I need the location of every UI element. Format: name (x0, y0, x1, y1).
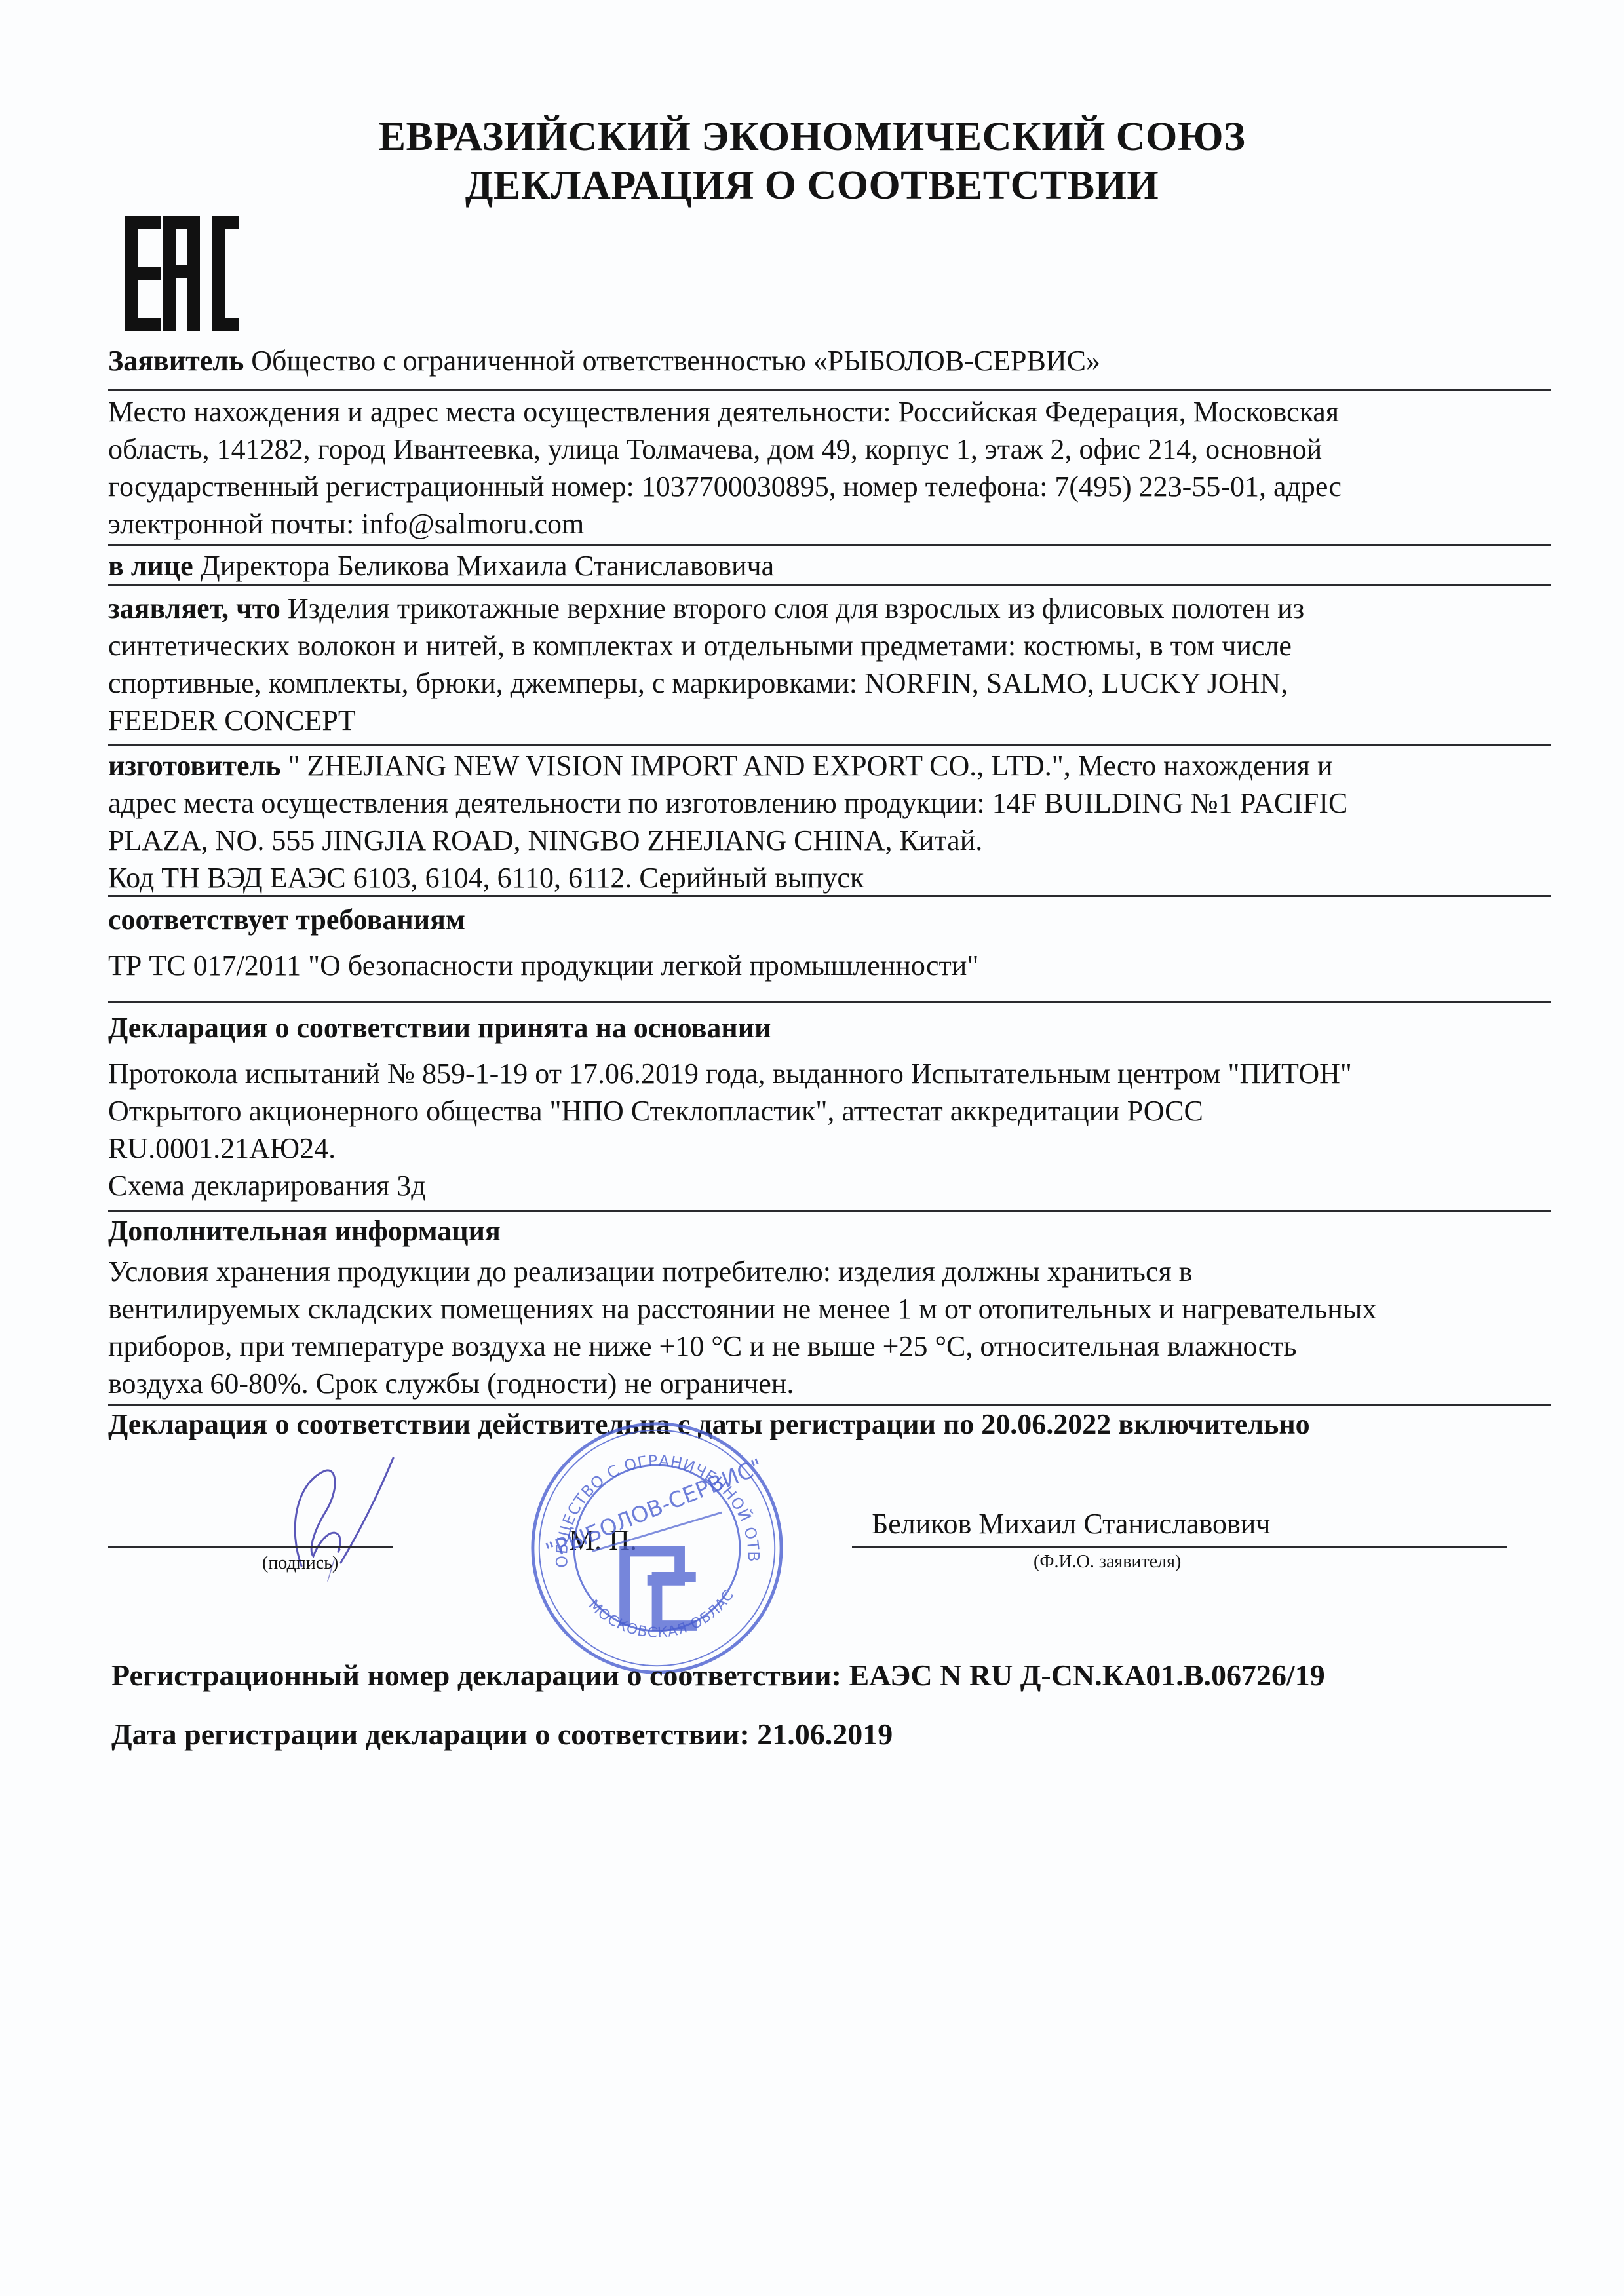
declares-label: заявляет, что (108, 592, 280, 624)
tnved-code-line: Код ТН ВЭД ЕАЭС 6103, 6104, 6110, 6112. … (108, 859, 1553, 896)
representative-value: Директора Беликова Михаила Станиславович… (201, 550, 775, 582)
divider (108, 744, 1551, 746)
header-union-title: ЕВРАЗИЙСКИЙ ЭКОНОМИЧЕСКИЙ СОЮЗ (0, 117, 1624, 157)
product-line: синтетических волокон и нитей, в комплек… (108, 627, 1553, 664)
manufacturer-line: адрес места осуществления деятельности п… (108, 784, 1553, 822)
basis-line: Открытого акционерного общества "НПО Сте… (108, 1092, 1553, 1130)
additional-info-label: Дополнительная информация (108, 1212, 1553, 1250)
manufacturer-label: изготовитель (108, 750, 280, 782)
divider (108, 895, 1551, 897)
address-line: Место нахождения и адрес места осуществл… (108, 393, 1553, 430)
validity-statement: Декларация о соответствии действительна … (108, 1406, 1553, 1443)
applicant-row: Заявитель Общество с ограниченной ответс… (108, 342, 1553, 379)
basis-block: Протокола испытаний № 859-1-19 от 17.06.… (108, 1055, 1553, 1204)
declaration-scheme: Схема декларирования 3д (108, 1167, 1553, 1204)
manufacturer-line: PLAZA, NO. 555 JINGJIA ROAD, NINGBO ZHEJ… (108, 822, 1553, 859)
product-line: спортивные, комплекты, брюки, джемперы, … (108, 664, 1553, 702)
company-seal-stamp: ОБЩЕСТВО С ОГРАНИЧЕННОЙ ОТВЕТСТВЕННОСТЬЮ… (528, 1419, 786, 1677)
eac-mark-icon (125, 216, 239, 331)
applicant-label: Заявитель (108, 345, 244, 377)
regulation-reference: ТР ТС 017/2011 "О безопасности продукции… (108, 947, 1553, 984)
additional-line: приборов, при температуре воздуха не ниж… (108, 1328, 1553, 1365)
address-line: государственный регистрационный номер: 1… (108, 468, 1553, 505)
divider (108, 544, 1551, 546)
basis-line: Протокола испытаний № 859-1-19 от 17.06.… (108, 1055, 1553, 1092)
applicant-full-name: Беликов Михаил Станиславович (872, 1507, 1270, 1540)
signature-line (108, 1546, 393, 1548)
additional-line: вентилируемых складских помещениях на ра… (108, 1290, 1553, 1328)
signature-caption: (подпись) (262, 1553, 338, 1574)
product-line: FEEDER CONCEPT (108, 702, 1553, 739)
basis-label: Декларация о соответствии принята на осн… (108, 1009, 1553, 1046)
additional-line: Условия хранения продукции до реализации… (108, 1253, 1553, 1290)
conforms-label: соответствует требованиям (108, 901, 1553, 938)
additional-info-block: Условия хранения продукции до реализации… (108, 1253, 1553, 1402)
registration-number: Регистрационный номер декларации о соотв… (111, 1658, 1325, 1693)
name-caption: (Ф.И.О. заявителя) (1034, 1552, 1181, 1573)
product-line: Изделия трикотажные верхние второго слоя… (288, 592, 1304, 624)
declaration-subject: заявляет, что Изделия трикотажные верхни… (108, 590, 1553, 739)
applicant-value: Общество с ограниченной ответственностью… (251, 345, 1100, 377)
representative-label: в лице (108, 550, 193, 582)
name-line (852, 1546, 1507, 1548)
address-line: электронной почты: info@salmoru.com (108, 505, 1553, 543)
registration-date: Дата регистрации декларации о соответств… (111, 1717, 893, 1751)
divider (108, 584, 1551, 586)
divider (108, 389, 1551, 391)
header-document-title: ДЕКЛАРАЦИЯ О СООТВЕТСТВИИ (0, 165, 1624, 206)
manufacturer-block: изготовитель " ZHEJIANG NEW VISION IMPOR… (108, 747, 1553, 896)
manufacturer-line: " ZHEJIANG NEW VISION IMPORT AND EXPORT … (288, 750, 1332, 782)
additional-line: воздуха 60-80%. Срок службы (годности) н… (108, 1365, 1553, 1402)
representative-row: в лице Директора Беликова Михаила Станис… (108, 547, 1553, 584)
applicant-address: Место нахождения и адрес места осуществл… (108, 393, 1553, 543)
address-line: область, 141282, город Ивантеевка, улица… (108, 430, 1553, 468)
basis-line: RU.0001.21АЮ24. (108, 1130, 1553, 1167)
divider (108, 1001, 1551, 1003)
